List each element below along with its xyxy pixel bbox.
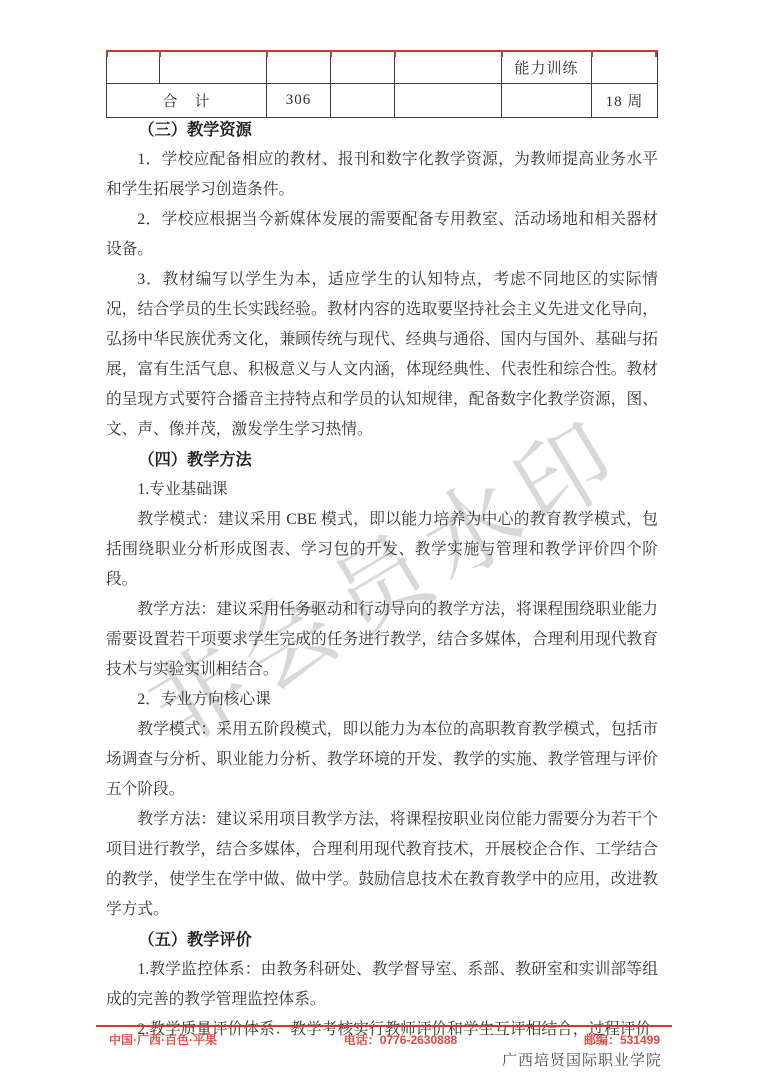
table-cell: 合 计 — [107, 83, 267, 117]
section-heading: （四）教学方法 — [106, 445, 658, 475]
footer-divider — [96, 1025, 672, 1027]
section-heading: （五）教学评价 — [106, 925, 658, 955]
paragraph: 教学方法：建议采用任务驱动和行动导向的教学方法，将课程围绕职业能力需要设置若干项… — [106, 595, 658, 685]
paragraph: 1.专业基础课 — [106, 475, 658, 505]
table-cell: 306 — [267, 83, 331, 117]
paragraph: 1.教学监控体系：由教务科研处、教学督导室、系部、教研室和实训部等组成的完善的教… — [106, 955, 658, 1015]
paragraph: 教学模式：采用五阶段模式，即以能力为本位的高职教育教学模式，包括市场调查与分析、… — [106, 715, 658, 805]
course-summary-table-body: 能力训练合 计30618 周 — [107, 51, 658, 117]
school-name: 广西培贤国际职业学院 — [502, 1049, 662, 1070]
footer-phone: 电话：0776-2630888 — [344, 1031, 457, 1048]
table-cell — [395, 83, 502, 117]
paragraph: 1．学校应配备相应的教材、报刊和数字化教学资源，为教师提高业务水平和学生拓展学习… — [106, 145, 658, 205]
table-row: 合 计30618 周 — [107, 83, 658, 117]
course-summary-table: 能力训练合 计30618 周 — [106, 50, 658, 118]
footer-postcode: 邮编：531499 — [584, 1031, 660, 1048]
table-cell — [502, 83, 592, 117]
document-body: （三）教学资源1．学校应配备相应的教材、报刊和数字化教学资源，为教师提高业务水平… — [106, 115, 658, 1045]
paragraph: 教学方法：建议采用项目教学方法，将课程按职业岗位能力需要分为若干个项目进行教学，… — [106, 805, 658, 925]
footer-location: 中国·广西·百色·平果 — [109, 1031, 217, 1048]
paragraph: 2．学校应根据当今新媒体发展的需要配备专用教室、活动场地和相关器材设备。 — [106, 205, 658, 265]
paragraph: 2．专业方向核心课 — [106, 685, 658, 715]
table-cell — [331, 83, 395, 117]
paragraph: 3．教材编写以学生为本，适应学生的认知特点，考虑不同地区的实际情况，结合学员的生… — [106, 265, 658, 445]
document-page: 非会员水印 能力训练合 计30618 周 （三）教学资源1．学校应配备相应的教材… — [0, 0, 763, 1080]
table-top-red-stubs — [106, 50, 657, 57]
footer-meta: 中国·广西·百色·平果 电话：0776-2630888 邮编：531499 — [96, 1030, 672, 1048]
section-heading: （三）教学资源 — [106, 115, 658, 145]
paragraph: 教学模式：建议采用 CBE 模式，即以能力培养为中心的教育教学模式，包括围绕职业… — [106, 505, 658, 595]
table-cell: 18 周 — [592, 83, 658, 117]
